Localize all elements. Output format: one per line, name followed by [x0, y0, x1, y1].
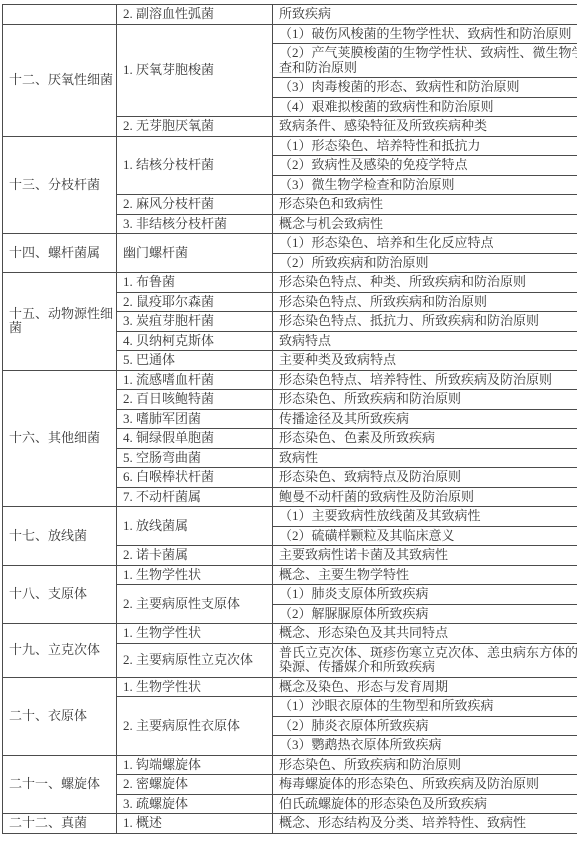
detail-cell: （2）所致疾病和防治原则	[273, 253, 577, 273]
item-name-cell: 7. 不动杆菌属	[117, 487, 273, 507]
detail-cell: （2）硫磺样颗粒及其临床意义	[273, 526, 577, 546]
table-row: 十三、分枝杆菌1. 结核分枝杆菌（1）形态染色、培养特性和抵抗力	[3, 136, 577, 156]
detail-cell: 形态染色、色素及所致疾病	[273, 429, 577, 449]
detail-cell: （1）沙眼衣原体的生物型和所致疾病	[273, 697, 577, 717]
detail-cell: 概念及染色、形态与发育周期	[273, 677, 577, 697]
item-name-cell: 1. 厌氧芽胞梭菌	[117, 24, 273, 117]
detail-cell: 形态染色、致病特点及防治原则	[273, 468, 577, 488]
detail-cell: 形态染色、所致疾病和防治原则	[273, 390, 577, 410]
table-row: 2. 副溶血性弧菌所致疾病	[3, 5, 577, 25]
detail-cell: 概念、主要生物学特性	[273, 565, 577, 585]
detail-cell: （2）致病性及感染的免疫学特点	[273, 156, 577, 176]
detail-cell: 致病条件、感染特征及所致疾病种类	[273, 117, 577, 137]
item-name-cell: 1. 钩端螺旋体	[117, 755, 273, 775]
item-name-cell: 3. 炭疽芽胞杆菌	[117, 312, 273, 332]
detail-cell: （3）肉毒梭菌的形态、致病性和防治原则	[273, 78, 577, 98]
section-label-cell: 二十、衣原体	[3, 677, 117, 755]
detail-cell: 概念、形态染色及其共同特点	[273, 624, 577, 644]
syllabus-table: 2. 副溶血性弧菌所致疾病十二、厌氧性细菌1. 厌氧芽胞梭菌（1）破伤风梭菌的生…	[2, 4, 577, 834]
syllabus-table-body: 2. 副溶血性弧菌所致疾病十二、厌氧性细菌1. 厌氧芽胞梭菌（1）破伤风梭菌的生…	[3, 5, 577, 834]
item-name-cell: 5. 巴通体	[117, 351, 273, 371]
detail-cell: （1）肺炎支原体所致疾病	[273, 585, 577, 605]
table-row: 二十二、真菌1. 概述概念、形态结构及分类、培养特性、致病性	[3, 814, 577, 834]
section-label-cell: 十二、厌氧性细菌	[3, 24, 117, 136]
section-label-cell: 十七、放线菌	[3, 507, 117, 566]
detail-cell: （2）产气荚膜梭菌的生物学性状、致病性、微生物学检查和防治原则	[273, 44, 577, 78]
table-row: 十六、其他细菌1. 流感嗜血杆菌形态染色特点、培养特性、所致疾病及防治原则	[3, 370, 577, 390]
item-name-cell: 2. 百日咳鲍特菌	[117, 390, 273, 410]
detail-cell: （1）形态染色、培养特性和抵抗力	[273, 136, 577, 156]
item-name-cell: 幽门螺杆菌	[117, 234, 273, 273]
section-label-cell: 二十二、真菌	[3, 814, 117, 834]
item-name-cell: 1. 流感嗜血杆菌	[117, 370, 273, 390]
document-page: 2. 副溶血性弧菌所致疾病十二、厌氧性细菌1. 厌氧芽胞梭菌（1）破伤风梭菌的生…	[0, 0, 577, 843]
item-name-cell: 1. 生物学性状	[117, 624, 273, 644]
section-label-cell: 十八、支原体	[3, 565, 117, 624]
item-name-cell: 2. 主要病原性支原体	[117, 585, 273, 624]
detail-cell: 形态染色特点、所致疾病和防治原则	[273, 292, 577, 312]
item-name-cell: 2. 诺卡菌属	[117, 546, 273, 566]
detail-cell: 形态染色特点、抵抗力、所致疾病和防治原则	[273, 312, 577, 332]
detail-cell: （4）艰难拟梭菌的致病性和防治原则	[273, 97, 577, 117]
item-name-cell: 1. 放线菌属	[117, 507, 273, 546]
table-row: 十五、动物源性细菌1. 布鲁菌形态染色特点、种类、所致疾病和防治原则	[3, 273, 577, 293]
item-name-cell: 2. 主要病原性立克次体	[117, 643, 273, 677]
detail-cell: （1）主要致病性放线菌及其致病性	[273, 507, 577, 527]
detail-cell: （1）形态染色、培养和生化反应特点	[273, 234, 577, 254]
detail-cell: （1）破伤风梭菌的生物学性状、致病性和防治原则	[273, 24, 577, 44]
item-name-cell: 4. 铜绿假单胞菌	[117, 429, 273, 449]
item-name-cell: 4. 贝纳柯克斯体	[117, 331, 273, 351]
detail-cell: 形态染色特点、种类、所致疾病和防治原则	[273, 273, 577, 293]
item-name-cell: 1. 概述	[117, 814, 273, 834]
table-row: 十二、厌氧性细菌1. 厌氧芽胞梭菌（1）破伤风梭菌的生物学性状、致病性和防治原则	[3, 24, 577, 44]
detail-cell: 伯氏疏螺旋体的形态染色及所致疾病	[273, 794, 577, 814]
item-name-cell: 3. 嗜肺军团菌	[117, 409, 273, 429]
item-name-cell: 2. 副溶血性弧菌	[117, 5, 273, 25]
detail-cell: 所致疾病	[273, 5, 577, 25]
detail-cell: 形态染色、所致疾病和防治原则	[273, 755, 577, 775]
item-name-cell: 3. 疏螺旋体	[117, 794, 273, 814]
item-name-cell: 2. 鼠疫耶尔森菌	[117, 292, 273, 312]
detail-cell: 普氏立克次体、斑疹伤寒立克次体、恙虫病东方体的传染源、传播媒介和所致疾病	[273, 643, 577, 677]
section-label-cell: 十六、其他细菌	[3, 370, 117, 507]
table-row: 十九、立克次体1. 生物学性状概念、形态染色及其共同特点	[3, 624, 577, 644]
detail-cell: 致病特点	[273, 331, 577, 351]
detail-cell: 传播途径及其所致疾病	[273, 409, 577, 429]
item-name-cell: 2. 无芽胞厌氧菌	[117, 117, 273, 137]
detail-cell: 主要致病性诺卡菌及其致病性	[273, 546, 577, 566]
detail-cell: 概念、形态结构及分类、培养特性、致病性	[273, 814, 577, 834]
section-label-cell	[3, 5, 117, 25]
table-row: 十七、放线菌1. 放线菌属（1）主要致病性放线菌及其致病性	[3, 507, 577, 527]
item-name-cell: 1. 布鲁菌	[117, 273, 273, 293]
table-row: 十八、支原体1. 生物学性状概念、主要生物学特性	[3, 565, 577, 585]
table-row: 十四、螺杆菌属幽门螺杆菌（1）形态染色、培养和生化反应特点	[3, 234, 577, 254]
table-row: 二十一、螺旋体1. 钩端螺旋体形态染色、所致疾病和防治原则	[3, 755, 577, 775]
item-name-cell: 5. 空肠弯曲菌	[117, 448, 273, 468]
section-label-cell: 二十一、螺旋体	[3, 755, 117, 814]
detail-cell: （2）肺炎衣原体所致疾病	[273, 716, 577, 736]
detail-cell: （2）解脲脲原体所致疾病	[273, 604, 577, 624]
detail-cell: （3）鹦鹉热衣原体所致疾病	[273, 736, 577, 756]
item-name-cell: 1. 生物学性状	[117, 565, 273, 585]
item-name-cell: 6. 白喉棒状杆菌	[117, 468, 273, 488]
item-name-cell: 1. 结核分枝杆菌	[117, 136, 273, 195]
detail-cell: （3）微生物学检查和防治原则	[273, 175, 577, 195]
detail-cell: 概念与机会致病性	[273, 214, 577, 234]
detail-cell: 梅毒螺旋体的形态染色、所致疾病及防治原则	[273, 775, 577, 795]
detail-cell: 致病性	[273, 448, 577, 468]
detail-cell: 形态染色和致病性	[273, 195, 577, 215]
item-name-cell: 2. 主要病原性衣原体	[117, 697, 273, 756]
item-name-cell: 2. 麻风分枝杆菌	[117, 195, 273, 215]
table-row: 二十、衣原体1. 生物学性状概念及染色、形态与发育周期	[3, 677, 577, 697]
item-name-cell: 3. 非结核分枝杆菌	[117, 214, 273, 234]
section-label-cell: 十五、动物源性细菌	[3, 273, 117, 371]
detail-cell: 形态染色特点、培养特性、所致疾病及防治原则	[273, 370, 577, 390]
item-name-cell: 2. 密螺旋体	[117, 775, 273, 795]
detail-cell: 主要种类及致病特点	[273, 351, 577, 371]
item-name-cell: 1. 生物学性状	[117, 677, 273, 697]
detail-cell: 鲍曼不动杆菌的致病性及防治原则	[273, 487, 577, 507]
section-label-cell: 十九、立克次体	[3, 624, 117, 678]
section-label-cell: 十四、螺杆菌属	[3, 234, 117, 273]
section-label-cell: 十三、分枝杆菌	[3, 136, 117, 234]
